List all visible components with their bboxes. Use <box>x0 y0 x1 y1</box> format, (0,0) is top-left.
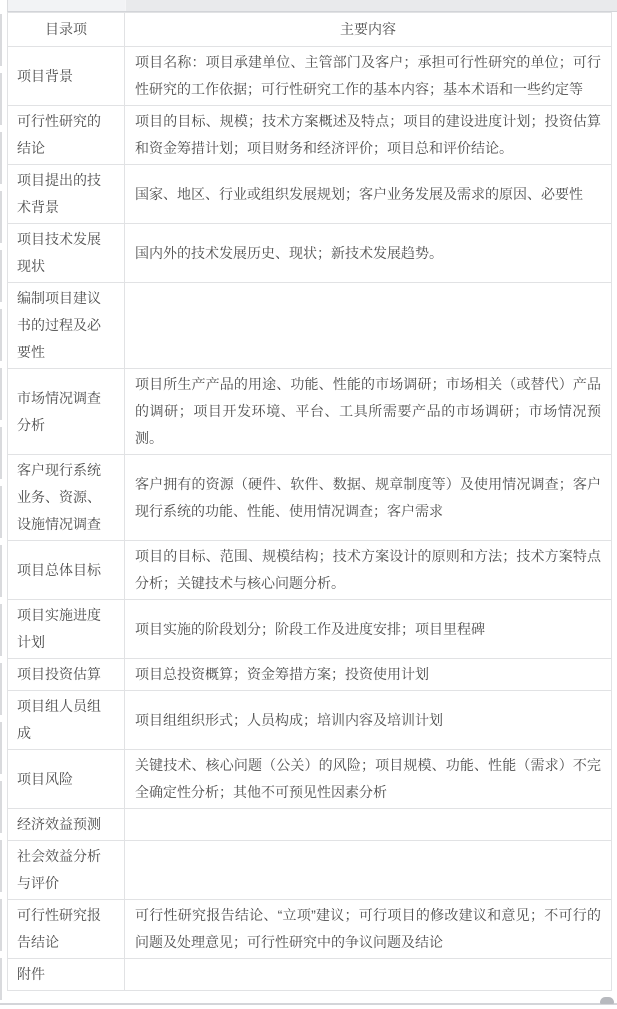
table-row: 附件 <box>8 959 612 991</box>
main-content-cell: 项目组组织形式；人员构成；培训内容及培训计划 <box>125 691 612 750</box>
toc-item-cell: 项目风险 <box>8 750 125 809</box>
feasibility-study-toc-table: 目录项 主要内容 项目背景 项目名称：项目承建单位、主管部门及客户；承担可行性研… <box>7 12 612 991</box>
toc-item-cell: 附件 <box>8 959 125 991</box>
toc-item-cell: 客户现行系统业务、资源、设施情况调查 <box>8 455 125 541</box>
main-content-cell <box>125 841 612 900</box>
cropped-row-left-cell <box>8 0 125 11</box>
table-row: 项目组人员组成 项目组组织形式；人员构成；培训内容及培训计划 <box>8 691 612 750</box>
bottom-divider-line <box>0 1003 617 1005</box>
toc-item-cell: 经济效益预测 <box>8 809 125 841</box>
column-header-content: 主要内容 <box>125 13 612 47</box>
table-row: 项目提出的技术背景 国家、地区、行业或组织发展规划；客户业务发展及需求的原因、必… <box>8 165 612 224</box>
table-row: 市场情况调查分析 项目所生产产品的用途、功能、性能的市场调研；市场相关（或替代）… <box>8 369 612 455</box>
cropped-row-above <box>7 0 617 12</box>
table-row: 项目投资估算 项目总投资概算；资金筹措方案；投资使用计划 <box>8 659 612 691</box>
main-content-cell: 关键技术、核心问题（公关）的风险；项目规模、功能、性能（需求）不完全确定性分析；… <box>125 750 612 809</box>
toc-item-cell: 项目组人员组成 <box>8 691 125 750</box>
toc-item-cell: 可行性研究报告结论 <box>8 900 125 959</box>
table-row: 项目总体目标 项目的目标、范围、规模结构；技术方案设计的原则和方法；技术方案特点… <box>8 541 612 600</box>
table-row: 可行性研究报告结论 可行性研究报告结论、“立项”建议；可行项目的修改建议和意见；… <box>8 900 612 959</box>
toc-item-cell: 项目技术发展现状 <box>8 224 125 283</box>
table-row: 可行性研究的结论 项目的目标、规模；技术方案概述及特点；项目的建设进度计划；投资… <box>8 106 612 165</box>
main-content-cell: 项目的目标、规模；技术方案概述及特点；项目的建设进度计划；投资估算和资金筹措计划… <box>125 106 612 165</box>
main-content-cell <box>125 283 612 369</box>
resize-handle[interactable] <box>600 997 614 1004</box>
main-content-cell: 项目名称：项目承建单位、主管部门及客户；承担可行性研究的单位；可行性研究的工作依… <box>125 47 612 106</box>
table-row: 社会效益分析与评价 <box>8 841 612 900</box>
toc-item-cell: 项目背景 <box>8 47 125 106</box>
main-content-cell: 项目实施的阶段划分；阶段工作及进度安排；项目里程碑 <box>125 600 612 659</box>
toc-item-cell: 项目投资估算 <box>8 659 125 691</box>
column-header-item: 目录项 <box>8 13 125 47</box>
document-page: 目录项 主要内容 项目背景 项目名称：项目承建单位、主管部门及客户；承担可行性研… <box>0 0 617 1009</box>
toc-item-cell: 社会效益分析与评价 <box>8 841 125 900</box>
left-edge-cropped-content <box>0 14 2 1000</box>
table-row: 客户现行系统业务、资源、设施情况调查 客户拥有的资源（硬件、软件、数据、规章制度… <box>8 455 612 541</box>
table-row: 编制项目建议书的过程及必要性 <box>8 283 612 369</box>
toc-item-cell: 编制项目建议书的过程及必要性 <box>8 283 125 369</box>
toc-item-cell: 项目实施进度计划 <box>8 600 125 659</box>
cropped-row-right-cell <box>125 0 617 11</box>
main-content-cell: 国内外的技术发展历史、现状；新技术发展趋势。 <box>125 224 612 283</box>
table-row: 经济效益预测 <box>8 809 612 841</box>
main-content-cell <box>125 809 612 841</box>
table-header-row: 目录项 主要内容 <box>8 13 612 47</box>
table-row: 项目技术发展现状 国内外的技术发展历史、现状；新技术发展趋势。 <box>8 224 612 283</box>
main-content-cell: 项目所生产产品的用途、功能、性能的市场调研；市场相关（或替代）产品的调研；项目开… <box>125 369 612 455</box>
table-row: 项目背景 项目名称：项目承建单位、主管部门及客户；承担可行性研究的单位；可行性研… <box>8 47 612 106</box>
main-content-cell <box>125 959 612 991</box>
toc-item-cell: 可行性研究的结论 <box>8 106 125 165</box>
table-row: 项目实施进度计划 项目实施的阶段划分；阶段工作及进度安排；项目里程碑 <box>8 600 612 659</box>
table-row: 项目风险 关键技术、核心问题（公关）的风险；项目规模、功能、性能（需求）不完全确… <box>8 750 612 809</box>
main-content-cell: 项目总投资概算；资金筹措方案；投资使用计划 <box>125 659 612 691</box>
main-content-cell: 项目的目标、范围、规模结构；技术方案设计的原则和方法；技术方案特点分析；关键技术… <box>125 541 612 600</box>
main-content-cell: 客户拥有的资源（硬件、软件、数据、规章制度等）及使用情况调查；客户现行系统的功能… <box>125 455 612 541</box>
main-content-cell: 可行性研究报告结论、“立项”建议；可行项目的修改建议和意见；不可行的问题及处理意… <box>125 900 612 959</box>
toc-item-cell: 项目总体目标 <box>8 541 125 600</box>
main-content-cell: 国家、地区、行业或组织发展规划；客户业务发展及需求的原因、必要性 <box>125 165 612 224</box>
toc-item-cell: 市场情况调查分析 <box>8 369 125 455</box>
toc-item-cell: 项目提出的技术背景 <box>8 165 125 224</box>
